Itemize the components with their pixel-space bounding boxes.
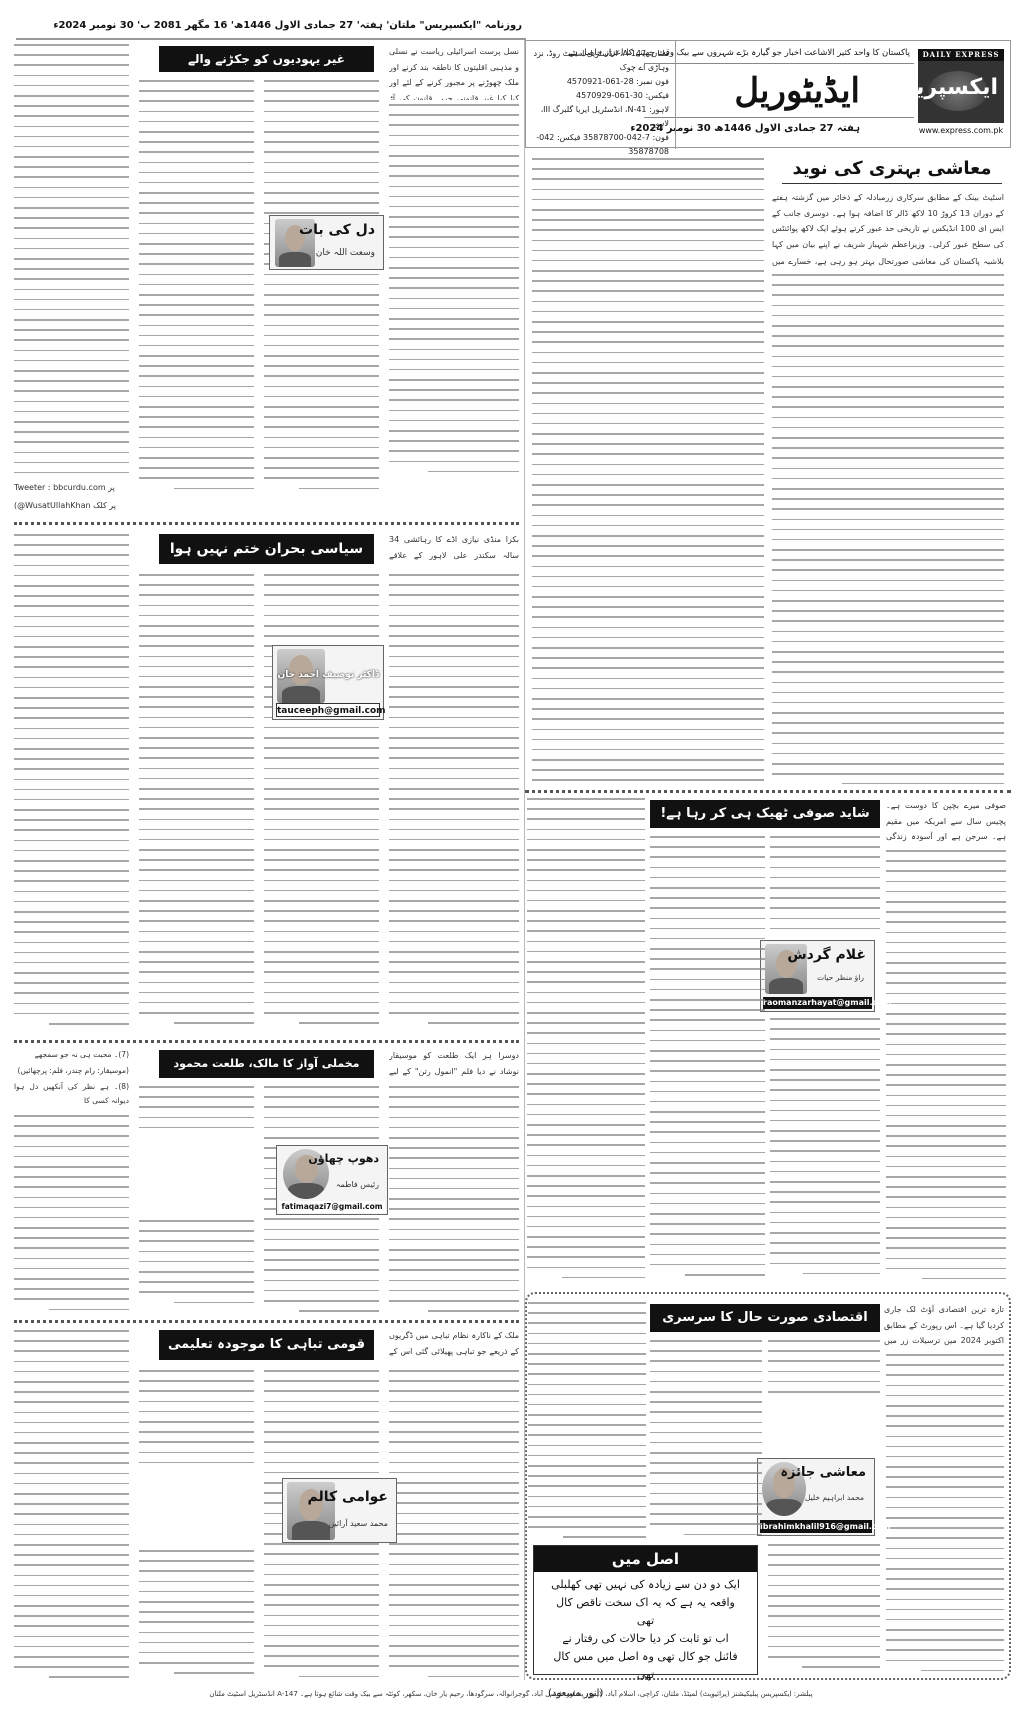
byline-box-sufi: غلام گردش راؤ منظر حیات raomanzarhayat@g…: [760, 940, 875, 1012]
article-sufi-lead: صوفی میرے بچپن کا دوست ہے۔ پچیس سال سے ا…: [886, 798, 1006, 844]
author-name: راؤ منظر حیات: [817, 973, 864, 982]
poem-lines: ایک دو دن سے زیادہ کی نہیں تھی کھلبلی وا…: [534, 1572, 757, 1688]
article-sufi-col1: [886, 850, 1006, 1286]
article-political-crisis-col1: [389, 574, 519, 1034]
byline-box-talat: دھوپ چھاؤں رئیس فاطمہ fatimaqazi7@gmail.…: [276, 1145, 388, 1215]
author-social: Tweeter : bbcurdu.com پر (@WusatUllahKha…: [14, 480, 129, 510]
article-economy-col4: [528, 1302, 646, 1540]
headline-economy-review: اقتصادی صورت حال کا سرسری جائزہ: [650, 1304, 880, 1332]
article-economy-col1: [886, 1354, 1004, 1674]
article-political-crisis-lead: بکرا منڈی نیازی اڈے کا رہائشی 34 سالہ سک…: [389, 532, 519, 566]
divider: [644, 63, 914, 64]
article-economy-col3: [650, 1340, 762, 1540]
separator: [14, 1040, 519, 1044]
footer-imprint: پبلشر: ایکسپریس پبلیکیشنز (پرائیویٹ) لمی…: [16, 1690, 1006, 1702]
poem-box: اصل میں ایک دو دن سے زیادہ کی نہیں تھی ک…: [533, 1545, 758, 1675]
article-israeli-laws-col2: [264, 80, 379, 510]
article-sufi-col4: [527, 798, 645, 1286]
editorial-continuation: بلاشبہ پاکستان کی معاشی صورتحال بہتر ہو …: [772, 254, 1004, 270]
author-name: ڈاکٹر توصیف احمد خان: [278, 670, 379, 680]
article-education-col1: [389, 1370, 519, 1680]
article-economy-col2-bottom: [768, 1544, 880, 1674]
author-name: محمد ابراہیم خلیل: [805, 1493, 864, 1502]
separator: [14, 1320, 519, 1324]
article-israeli-laws-lead: نسل پرست اسرائیلی ریاست نے نسلی و مذہبی …: [389, 44, 519, 100]
website-url: www.express.com.pk: [918, 126, 1004, 135]
editorial-opening: اسٹیٹ بینک کے مطابق سرکاری زرمبادلہ کے ذ…: [772, 190, 1004, 252]
article-talat-col4: [14, 1115, 129, 1315]
column-name: معاشی جائزہ: [780, 1465, 866, 1480]
article-sufi-col3: [650, 836, 765, 1286]
article-talat-col3-bottom: [139, 1220, 254, 1314]
article-sufi-col2-top: [770, 836, 880, 936]
author-name: وسعت اللہ خان: [316, 248, 375, 258]
separator: [14, 522, 519, 526]
article-israeli-laws-col3: [139, 80, 254, 510]
author-email: raomanzarhayat@gmail.com: [763, 997, 872, 1009]
article-talat-lead: دوسرا ہر ایک طلعت کو موسیقار نوشاد نے دی…: [389, 1048, 519, 1082]
column-name: دل کی بات: [299, 222, 375, 238]
headline-israeli-laws: غیر یہودیوں کو جکڑنے والے اسرائیلی قوانی…: [159, 46, 374, 72]
article-education-col3-bottom: [139, 1550, 254, 1680]
editorial-col1: [772, 274, 1004, 784]
article-economy-col2-top: [768, 1340, 880, 1400]
byline-box-political-crisis: ڈاکٹر توصیف احمد خان tauceeph@gmail.com: [272, 645, 384, 720]
dateline-bar: روزنامہ "ایکسپریس" ملتان' ہفتہ' 27 جمادی…: [16, 18, 526, 40]
left-half: نسل پرست اسرائیلی ریاست نے نسلی و مذہبی …: [14, 40, 519, 1680]
article-education-col3-top: [139, 1370, 254, 1470]
article-talat-col3-top: [139, 1086, 254, 1141]
newspaper-page: نسل پرست اسرائیلی ریاست نے نسلی و مذہبی …: [14, 40, 1010, 1680]
column-name: عوامی کالم: [308, 1489, 388, 1505]
headline-sufi: شاید صوفی ٹھیک ہی کر رہا ہے!: [650, 800, 880, 828]
editorial-title: معاشی بہتری کی نوید: [782, 158, 1002, 184]
article-education-col4: [14, 1330, 129, 1680]
headline-political-crisis: سیاسی بحران ختم نہیں ہوا: [159, 534, 374, 564]
express-logo: DAILY EXPRESS ایکسپریس www.express.com.p…: [918, 49, 1004, 141]
article-political-crisis-col2: [264, 574, 379, 1034]
section-title: ایڈیٹوریل: [734, 71, 860, 111]
author-email: tauceeph@gmail.com: [276, 703, 380, 717]
masthead: DAILY EXPRESS ایکسپریس www.express.com.p…: [525, 40, 1011, 148]
author-email: ibrahimkhalil916@gmail.com: [760, 1520, 872, 1533]
contact-info: ملتان: 147-A، انڈسٹریل اسٹیٹ روڈ، نزد وہ…: [526, 41, 676, 149]
article-talat-song-list: (7)۔ محبت ہی نہ جو سمجھے (موسیقار: رام چ…: [14, 1048, 129, 1110]
author-name: محمد سعید آرائیں: [328, 1519, 388, 1528]
author-email: fatimaqazi7@gmail.com: [279, 1201, 385, 1213]
byline-box-economy: معاشی جائزہ محمد ابراہیم خلیل ibrahimkha…: [757, 1458, 875, 1536]
article-talat-col1: [389, 1086, 519, 1314]
article-political-crisis-col3: [139, 574, 254, 1034]
logo-brand-text: DAILY EXPRESS: [918, 49, 1004, 61]
article-economy-lead: تازہ ترین اقتصادی آؤٹ لک جاری کردیا گیا …: [884, 1302, 1004, 1348]
dateline: روزنامہ "ایکسپریس" ملتان' ہفتہ' 27 جمادی…: [53, 20, 522, 31]
poem-title: اصل میں: [534, 1546, 757, 1572]
divider: [644, 117, 914, 118]
separator: [525, 790, 1011, 794]
editorial-col2: [532, 158, 764, 784]
author-name: رئیس فاطمہ: [336, 1180, 379, 1189]
right-half: DAILY EXPRESS ایکسپریس www.express.com.p…: [524, 40, 1010, 1680]
article-education-lead: ملک کے ناکارہ نظام تباہی میں ڈگریوں کے ذ…: [389, 1328, 519, 1362]
headline-education-system: قومی تباہی کا موجودہ تعلیمی نظام: [159, 1330, 374, 1360]
headline-talat-mahmood: مخملی آواز کا مالک، طلعت محمود (دوسرا او…: [159, 1050, 374, 1078]
article-political-crisis-col4: [14, 534, 129, 1034]
article-israeli-laws-col4: [14, 44, 129, 474]
article-israeli-laws-col1: [389, 104, 519, 504]
article-sufi-col2-bottom: [770, 1018, 880, 1286]
column-name: غلام گردش: [787, 947, 866, 963]
byline-box-education: عوامی کالم محمد سعید آرائیں: [282, 1478, 397, 1543]
column-name: دھوپ چھاؤں: [308, 1152, 379, 1165]
byline-box-israeli-laws: دل کی بات وسعت اللہ خان: [269, 215, 384, 270]
logo-art: ایکسپریس: [918, 61, 1004, 123]
